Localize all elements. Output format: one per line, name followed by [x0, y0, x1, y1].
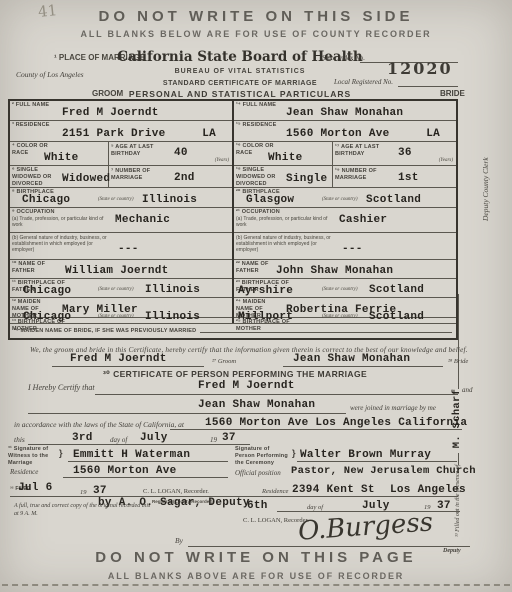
- witness-residence-label: Residence: [10, 468, 38, 476]
- field-value: Millport: [238, 311, 293, 323]
- joined-in-marriage-label: were joined in marriage by me: [350, 404, 436, 412]
- witness-residence-value: 1560 Morton Ave: [73, 465, 177, 477]
- field-label: ⁵ AGE AT LAST BIRTHDAY: [111, 144, 169, 158]
- particulars-header: PERSONAL AND STATISTICAL PARTICULARS: [0, 89, 480, 99]
- field-value: John Shaw Monahan: [276, 265, 393, 277]
- field-value: 1st: [398, 172, 419, 184]
- field-value: White: [268, 152, 303, 164]
- this-word: this: [14, 435, 25, 444]
- field-value: Jean Shaw Monahan: [286, 107, 403, 119]
- field-value: ---: [342, 243, 363, 255]
- field-value-state: Scotland: [366, 194, 421, 206]
- bride-signature: Jean Shaw Monahan: [293, 353, 410, 365]
- bride-full-name-row: ¹⁴ FULL NAME Jean Shaw Monahan: [234, 101, 456, 121]
- particulars-table: ² FULL NAME Fred M Joerndt ³ RESIDENCE 2…: [8, 99, 458, 340]
- field-value: 40: [174, 147, 188, 159]
- field-label: ¹⁵ RESIDENCE: [236, 122, 276, 129]
- field-label: ¹⁴ FULL NAME: [236, 102, 276, 109]
- field-value: Cashier: [339, 214, 387, 226]
- rule-line: [188, 546, 470, 547]
- field-value-state: Scotland: [369, 311, 424, 323]
- bride-marital-row: ¹⁸ SINGLE WIDOWED OR DIVORCED Single ¹⁹ …: [234, 166, 456, 188]
- field-label: ¹⁹ NUMBER OF MARRIAGE: [335, 168, 385, 182]
- field-value: 36: [398, 147, 412, 159]
- field-label: ²¹ OCCUPATION: [236, 209, 280, 216]
- bride-father-row: ²² NAME OF FATHER John Shaw Monahan: [234, 260, 456, 279]
- bride-column: ¹⁴ FULL NAME Jean Shaw Monahan ¹⁵ RESIDE…: [232, 101, 456, 323]
- field-label: ² FULL NAME: [12, 102, 49, 109]
- field-label: ¹⁰ NAME OF FATHER: [12, 261, 52, 275]
- filed-date-value: Jul 6: [18, 482, 53, 494]
- field-sublabel: (b) General nature of industry, business…: [236, 235, 336, 253]
- field-label: ⁶ SINGLE WIDOWED OR DIVORCED: [12, 167, 56, 188]
- groom-marital-row: ⁶ SINGLE WIDOWED OR DIVORCED Widowed ⁷ N…: [10, 166, 232, 188]
- marriage-month-value: July: [140, 432, 168, 444]
- groom-birthplace-row: ⁸ BIRTHPLACE Chicago (State or country) …: [10, 188, 232, 208]
- state-index-label: State Index No.: [322, 54, 365, 62]
- field-sublabel: (a) Trade, profession, or particular kin…: [12, 216, 107, 228]
- witness-signature-label: ³¹ Signature of Witness to the Marriage: [8, 446, 58, 467]
- recorded-day-value: 6th: [247, 500, 268, 512]
- performer-certificate-heading: ³⁰ CERTIFICATE OF PERSON PERFORMING THE …: [0, 369, 470, 380]
- top-warning: DO NOT WRITE ON THIS SIDE: [0, 8, 512, 25]
- day-of-label: day of: [307, 504, 323, 511]
- field-value-state: LA: [426, 128, 440, 140]
- field-value: Chicago: [23, 285, 71, 297]
- field-label: ⁷ NUMBER OF MARRIAGE: [111, 168, 161, 182]
- field-value: Single: [286, 173, 327, 185]
- groom-column: ² FULL NAME Fred M Joerndt ³ RESIDENCE 2…: [10, 101, 232, 323]
- field-value: Chicago: [23, 311, 71, 323]
- certificate-scan: 41 DO NOT WRITE ON THIS SIDE ALL BLANKS …: [0, 0, 512, 592]
- hereby-certify-label: I Hereby Certify that: [28, 383, 95, 392]
- rule-line: [170, 429, 462, 430]
- cell-divider: [332, 142, 333, 165]
- field-value: Widowed: [62, 173, 110, 185]
- state-note: (State or country): [98, 287, 134, 293]
- official-position-label: Official position: [235, 469, 281, 477]
- registration-stamp-number: 12020: [387, 59, 453, 78]
- field-value: Mechanic: [115, 214, 170, 226]
- bride-industry-row: (b) General nature of industry, business…: [234, 233, 456, 260]
- deputy-county-clerk-note: Deputy County Clerk: [481, 157, 490, 221]
- bottom-note: ALL BLANKS ABOVE ARE FOR USE OF RECORDER: [0, 571, 512, 581]
- brace-glyph: }: [292, 448, 296, 459]
- bride-column-header: BRIDE: [440, 89, 465, 98]
- field-value: William Joerndt: [65, 265, 169, 277]
- performer-city-value: Los Angeles: [390, 484, 466, 496]
- field-value: 2151 Park Drive: [62, 128, 166, 140]
- rule-line: [283, 366, 443, 367]
- marriage-year-value: 37: [222, 432, 236, 444]
- maiden-name-label: ²⁶ MAIDEN NAME OF BRIDE, IF SHE WAS PREV…: [14, 328, 196, 335]
- rule-line: [297, 461, 457, 462]
- rule-line: [28, 444, 250, 445]
- performer-residence-label: Residence: [262, 488, 288, 495]
- field-value: ---: [118, 243, 139, 255]
- maiden-name-row: ²⁶ MAIDEN NAME OF BRIDE, IF SHE WAS PREV…: [10, 323, 456, 338]
- groom-occupation-row: ⁹ OCCUPATION (a) Trade, profession, or p…: [10, 208, 232, 233]
- field-value: Chicago: [22, 194, 70, 206]
- field-value-state: Scotland: [369, 284, 424, 296]
- groom-father-birthplace-row: ¹¹ BIRTHPLACE OF FATHER Chicago (State o…: [10, 279, 232, 298]
- field-value: Ayrshire: [238, 285, 293, 297]
- field-value-state: Illinois: [145, 311, 200, 323]
- bride-residence-row: ¹⁵ RESIDENCE 1560 Morton Ave LA: [234, 121, 456, 142]
- field-value-state: Illinois: [142, 194, 197, 206]
- bride-occupation-row: ²¹ OCCUPATION (a) Trade, profession, or …: [234, 208, 456, 233]
- groom-color-age-row: ⁴ COLOR OR RACE White ⁵ AGE AT LAST BIRT…: [10, 142, 232, 166]
- rule-line: [68, 461, 228, 462]
- field-value: Glasgow: [246, 194, 294, 206]
- top-note: ALL BLANKS BELOW ARE FOR USE OF COUNTY R…: [0, 29, 512, 39]
- performer-signature-value: Walter Brown Murray: [300, 449, 431, 461]
- rule-line: [398, 86, 458, 87]
- cell-divider: [332, 166, 333, 187]
- performer-signature-label: Signature of Person Performing the Cerem…: [235, 446, 291, 467]
- bride-signature-label: ²⁸ Bride: [448, 358, 468, 365]
- brace-glyph: }: [59, 448, 63, 459]
- field-sublabel: (a) Trade, profession, or particular kin…: [236, 216, 331, 228]
- rule-line: [28, 413, 346, 414]
- performer-residence-value: 2394 Kent St: [292, 484, 375, 496]
- groom-industry-row: (b) General nature of industry, business…: [10, 233, 232, 260]
- years-note: (Years): [439, 158, 453, 164]
- day-of-label: day of: [110, 436, 127, 444]
- rule-line: [52, 366, 204, 367]
- witness-signature-value: Emmitt H Waterman: [73, 449, 190, 461]
- groom-full-name-row: ² FULL NAME Fred M Joerndt: [10, 101, 232, 121]
- rule-line: [95, 394, 458, 395]
- local-registered-label: Local Registered No.: [334, 78, 393, 86]
- state-note: (State or country): [322, 197, 358, 203]
- groom-signature: Fred M Joerndt: [70, 353, 167, 365]
- groom-residence-row: ³ RESIDENCE 2151 Park Drive LA: [10, 121, 232, 142]
- accordance-label: in accordance with the laws of the State…: [14, 420, 184, 429]
- perforation-line: [2, 584, 510, 586]
- state-note: (State or country): [322, 287, 358, 293]
- field-value: White: [44, 152, 79, 164]
- field-value: 2nd: [174, 172, 195, 184]
- certify-groom-name: Fred M Joerndt: [198, 380, 295, 392]
- marriage-day-value: 3rd: [72, 432, 93, 444]
- true-copy-note: A full, true and correct copy of the ori…: [14, 503, 150, 509]
- state-note: (State or country): [98, 314, 134, 320]
- field-value: Fred M Joerndt: [62, 107, 159, 119]
- cell-divider: [108, 142, 109, 165]
- filed-year-prefix: 19: [80, 489, 87, 496]
- rule-line: [458, 453, 459, 465]
- year-prefix: 19: [210, 436, 217, 444]
- official-position-value: Pastor, New Jerusalem Church: [291, 465, 476, 477]
- field-value: 1560 Morton Ave: [286, 128, 390, 140]
- field-value-state: LA: [202, 128, 216, 140]
- bottom-warning: DO NOT WRITE ON THIS PAGE: [0, 549, 512, 566]
- bride-father-birthplace-row: ²³ BIRTHPLACE OF FATHER Ayrshire (State …: [234, 279, 456, 298]
- bride-birthplace-row: ²⁰ BIRTHPLACE Glasgow (State or country)…: [234, 188, 456, 208]
- groom-signature-label: ²⁷ Groom: [212, 358, 236, 365]
- by-label: By: [175, 536, 183, 545]
- rule-line: [63, 477, 228, 478]
- recorded-time-note: at 9 A. M.: [14, 511, 38, 517]
- field-label: ²² NAME OF FATHER: [236, 261, 276, 275]
- and-word: and: [462, 386, 473, 394]
- recorder-name-line: C. L. LOGAN, Recorder.: [143, 488, 209, 495]
- state-note: (State or country): [98, 197, 134, 203]
- bride-color-age-row: ¹⁶ COLOR OR RACE White ¹⁷ AGE AT LAST BI…: [234, 142, 456, 166]
- field-label: ³ RESIDENCE: [12, 122, 50, 129]
- years-note: (Years): [215, 158, 229, 164]
- rule-line: [200, 332, 452, 333]
- field-sublabel: (b) General nature of industry, business…: [12, 235, 112, 253]
- certify-bride-name: Jean Shaw Monahan: [198, 399, 315, 411]
- field-label: ¹⁸ SINGLE WIDOWED OR DIVORCED: [236, 167, 280, 188]
- field-label: ⁹ OCCUPATION: [12, 209, 55, 216]
- deputy-recorder-signature: O.Burgess: [297, 507, 434, 546]
- marriage-place-value: 1560 Morton Ave Los Angeles California: [205, 417, 467, 429]
- field-label: ¹⁷ AGE AT LAST BIRTHDAY: [335, 144, 393, 158]
- state-note: (State or country): [322, 314, 358, 320]
- field-value-state: Illinois: [145, 284, 200, 296]
- groom-father-row: ¹⁰ NAME OF FATHER William Joerndt: [10, 260, 232, 279]
